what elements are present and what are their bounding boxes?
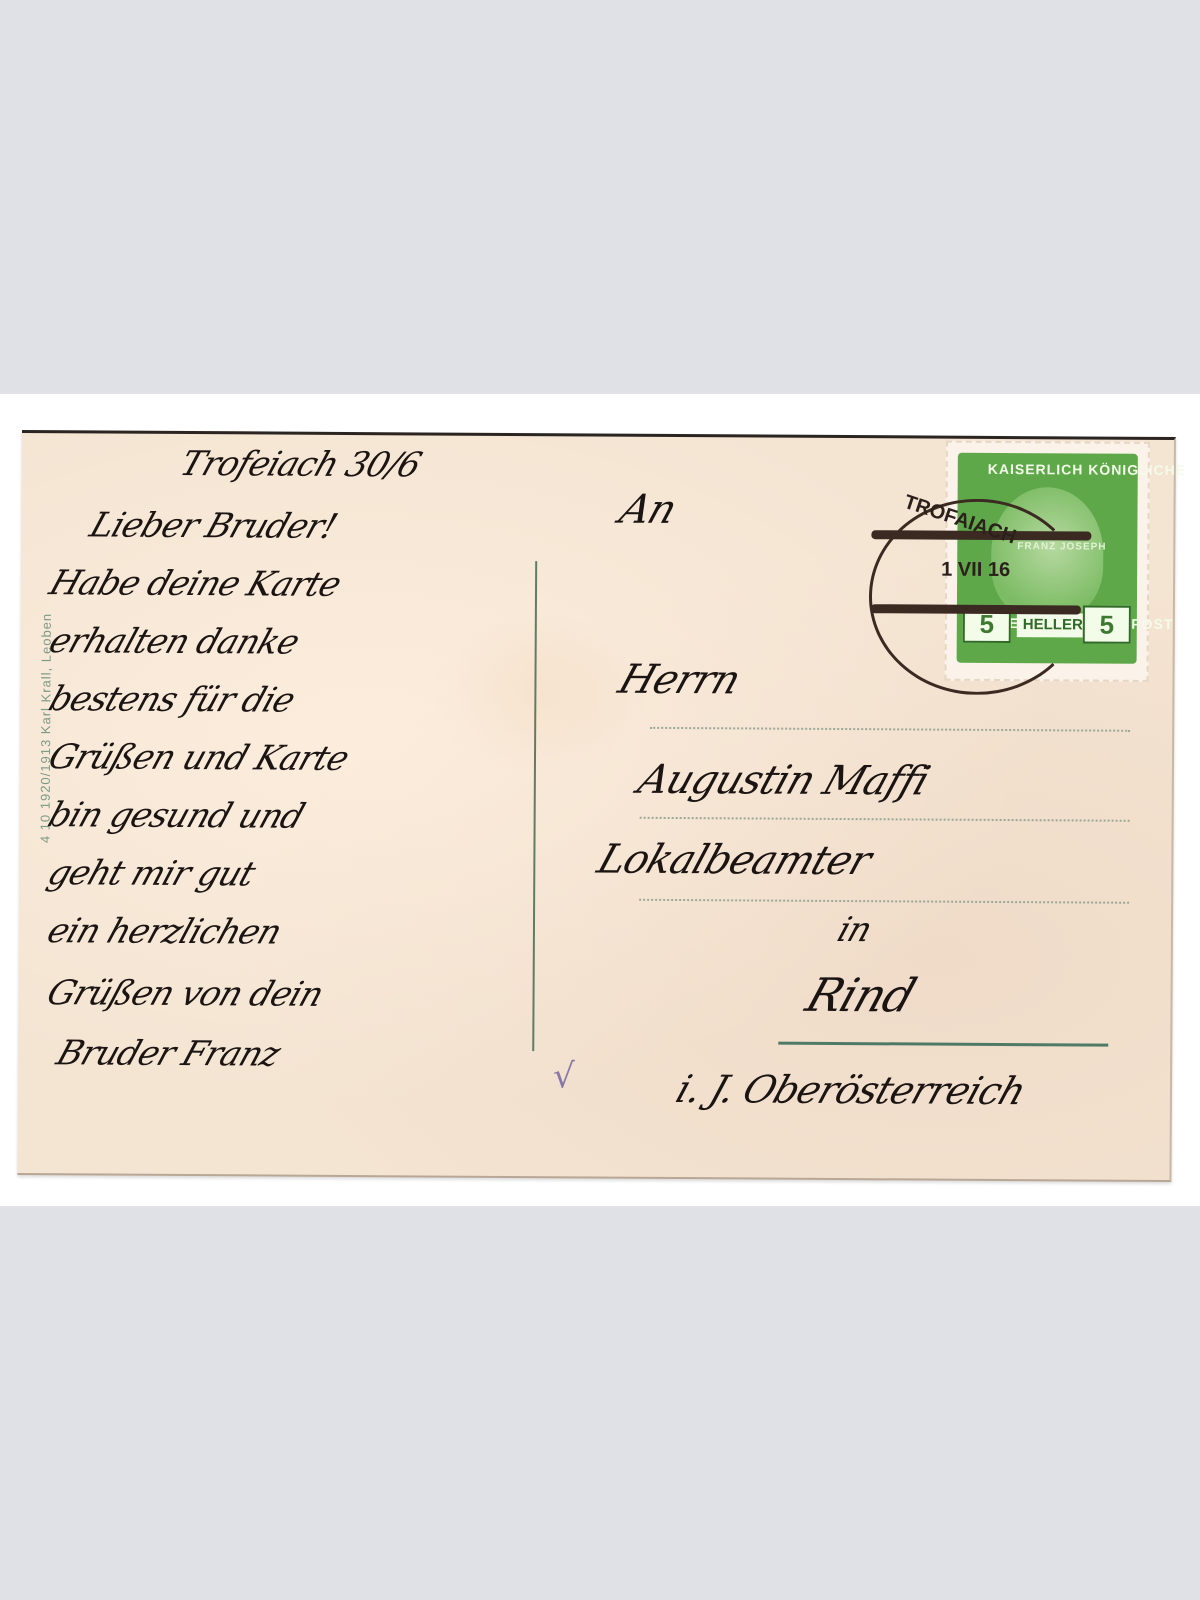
address-region: i. J. Oberösterreich [671,1067,1031,1113]
address-town: Rind [800,968,922,1023]
address-salutation: Herrn [613,657,746,704]
address-underline [778,1042,1108,1047]
address-preposition: in [832,910,876,950]
address-prefix: An [614,487,682,533]
address-line [640,817,1130,822]
postmark-bar-bottom [871,604,1081,614]
postcard: 4 10 1920/1913 Karl Krall, Leoben Trofei… [17,430,1176,1182]
address-line [650,727,1130,732]
check-mark: √ [553,1056,575,1096]
address-name: Augustin Maffi [632,757,934,805]
message-signature: Bruder Franz [52,1033,285,1074]
message-line: bin gesund und [43,795,309,836]
message-line: Grüßen von dein [42,973,328,1015]
address-line [639,899,1129,904]
message-line: ein herzlichen [42,911,286,952]
message-line: bestens für die [44,679,300,720]
message-line: erhalten danke [44,621,304,662]
message-dateline: Trofeiach 30/6 [175,444,426,485]
message-line: Habe deine Karte [44,563,345,605]
stamp-top-text: KAISERLICH KÖNIGLICHE [988,461,1186,478]
message-line: Lieber Bruder! [85,505,342,546]
message-line: Grüßen und Karte [43,737,353,779]
message-line: geht mir gut [43,853,260,894]
card-divider [532,561,537,1051]
address-occupation: Lokalbeamter [592,837,877,885]
stamp-value-right: 5 [1083,605,1131,643]
postmark-date: 1 VII 16 [941,559,1010,582]
